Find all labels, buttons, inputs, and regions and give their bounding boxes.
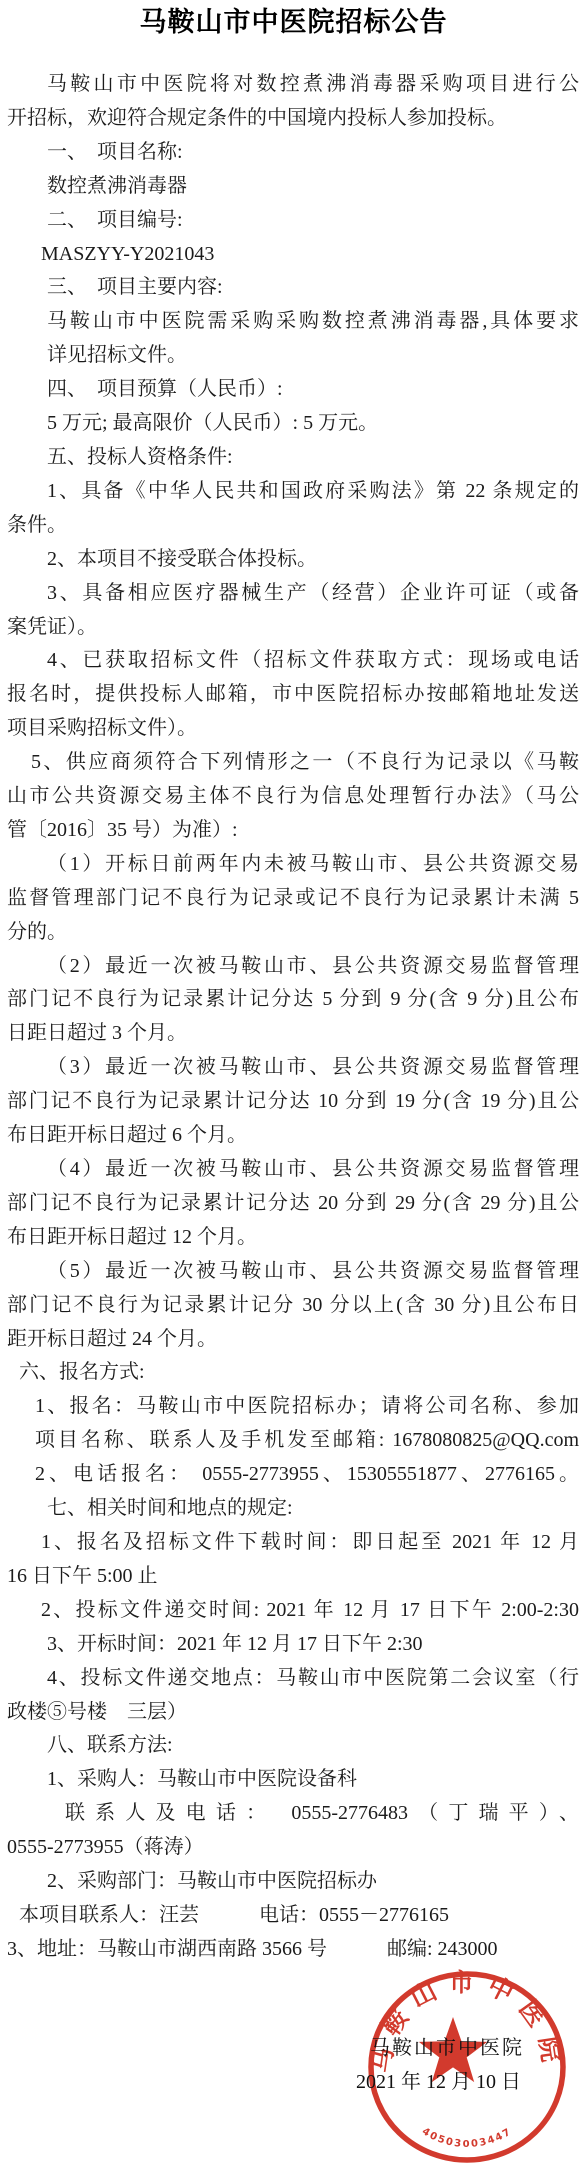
document-line: 三、 项目主要内容:	[7, 271, 579, 305]
document-line: 八、联系方法:	[7, 1729, 579, 1763]
document-line: 部门记不良行为记录累计记分达 10 分到 19 分(含 19 分)且公	[7, 1085, 579, 1119]
document-line: （2）最近一次被马鞍山市、县公共资源交易监督管理	[7, 950, 579, 984]
document-line: 2、电话报名： 0555-2773955、15305551877、2776165…	[7, 1458, 579, 1492]
document-body: 马鞍山市中医院将对数控煮沸消毒器采购项目进行公开招标，欢迎符合规定条件的中国境内…	[0, 39, 587, 1967]
document-line: 监督管理部门记不良行为记录或记不良行为记录累计未满 5	[7, 882, 579, 916]
document-line: 4、投标文件递交地点：马鞍山市中医院第二会议室（行	[7, 1662, 579, 1696]
document-line: （1）开标日前两年内未被马鞍山市、县公共资源交易	[7, 848, 579, 882]
document-line: MASZYY-Y2021043	[7, 238, 579, 272]
document-line: （5）最近一次被马鞍山市、县公共资源交易监督管理	[7, 1255, 579, 1289]
document-line: （4）最近一次被马鞍山市、县公共资源交易监督管理	[7, 1153, 579, 1187]
document-line: 分的。	[7, 916, 579, 950]
document-line: 3、开标时间：2021 年 12 月 17 日下午 2:30	[7, 1628, 579, 1662]
document-line: 2、投标文件递交时间: 2021 年 12 月 17 日下午 2:00-2:30	[7, 1594, 579, 1628]
document-line: 项目采购招标文件）。	[7, 712, 579, 746]
announcement-page: 马鞍山市中医院招标公告 马鞍山市中医院将对数控煮沸消毒器采购项目进行公开招标，欢…	[0, 0, 587, 2172]
document-line: 距开标日超过 24 个月。	[7, 1323, 579, 1357]
document-line: 5、供应商须符合下列情形之一（不良行为记录以《马鞍	[7, 746, 579, 780]
document-line: 管〔2016〕35 号）为准）:	[7, 814, 579, 848]
document-line: 1、报名：马鞍山市中医院招标办；请将公司名称、参加	[7, 1390, 579, 1424]
document-line: 报名时，提供投标人邮箱，市中医院招标办按邮箱地址发送	[7, 678, 579, 712]
document-line: 2、采购部门：马鞍山市中医院招标办	[7, 1865, 579, 1899]
document-line: 开招标，欢迎符合规定条件的中国境内投标人参加投标。	[7, 102, 579, 136]
document-line: 马鞍山市中医院将对数控煮沸消毒器采购项目进行公	[7, 68, 579, 102]
document-line: 布日距开标日超过 6 个月。	[7, 1119, 579, 1153]
document-line: 布日距开标日超过 12 个月。	[7, 1221, 579, 1255]
document-line: 本项目联系人：汪芸 电话：0555－2776165	[7, 1899, 579, 1933]
document-line: 二、 项目编号:	[7, 204, 579, 238]
document-line: 0555-2773955（蒋涛）	[7, 1831, 579, 1865]
document-line: 条件。	[7, 509, 579, 543]
document-line: 马鞍山市中医院需采购采购数控煮沸消毒器,具体要求	[7, 305, 579, 339]
document-title: 马鞍山市中医院招标公告	[0, 0, 587, 39]
document-line: 七、相关时间和地点的规定:	[7, 1492, 579, 1526]
signature-date: 2021 年 12 月 10 日	[356, 2065, 521, 2094]
document-line: 4、已获取招标文件（招标文件获取方式：现场或电话	[7, 644, 579, 678]
document-line: （3）最近一次被马鞍山市、县公共资源交易监督管理	[7, 1051, 579, 1085]
document-line: 部门记不良行为记录累计记分达 20 分到 29 分(含 29 分)且公	[7, 1187, 579, 1221]
document-line: 五、投标人资格条件:	[7, 441, 579, 475]
document-line: 部门记不良行为记录累计记分 30 分以上(含 30 分)且公布日	[7, 1289, 579, 1323]
document-line: 政楼⑤号楼 三层）	[7, 1696, 579, 1730]
document-line: 详见招标文件。	[7, 339, 579, 373]
document-line: 1、报名及招标文件下载时间：即日起至 2021 年 12 月	[7, 1526, 579, 1560]
signature-org: 马鞍山市中医院	[370, 2031, 524, 2060]
document-line: 案凭证）。	[7, 611, 579, 645]
document-line: 数控煮沸消毒器	[7, 170, 579, 204]
document-line: 项目名称、联系人及手机发至邮箱: 1678080825@QQ.com	[7, 1424, 579, 1458]
document-line: 16 日下午 5:00 止	[7, 1560, 579, 1594]
document-line: 日距日超过 3 个月。	[7, 1017, 579, 1051]
document-line: 四、 项目预算（人民币）:	[7, 373, 579, 407]
document-line: 一、 项目名称:	[7, 136, 579, 170]
document-line: 3、地址：马鞍山市湖西南路 3566 号 邮编: 243000	[7, 1933, 579, 1967]
document-line: 1、采购人：马鞍山市中医院设备科	[7, 1763, 579, 1797]
document-line: 1、具备《中华人民共和国政府采购法》第 22 条规定的	[7, 475, 579, 509]
document-line: 山市公共资源交易主体不良行为信息处理暂行办法》（马公	[7, 780, 579, 814]
document-line: 六、报名方式:	[7, 1356, 579, 1390]
document-line: 5 万元; 最高限价（人民币）: 5 万元。	[7, 407, 579, 441]
document-line: 2、本项目不接受联合体投标。	[7, 543, 579, 577]
document-line: 部门记不良行为记录累计记分达 5 分到 9 分(含 9 分)且公布	[7, 983, 579, 1017]
document-line: 3、具备相应医疗器械生产（经营）企业许可证（或备	[7, 577, 579, 611]
document-line: 联系人及电话： 0555-2776483（丁瑞平）、	[7, 1797, 579, 1831]
